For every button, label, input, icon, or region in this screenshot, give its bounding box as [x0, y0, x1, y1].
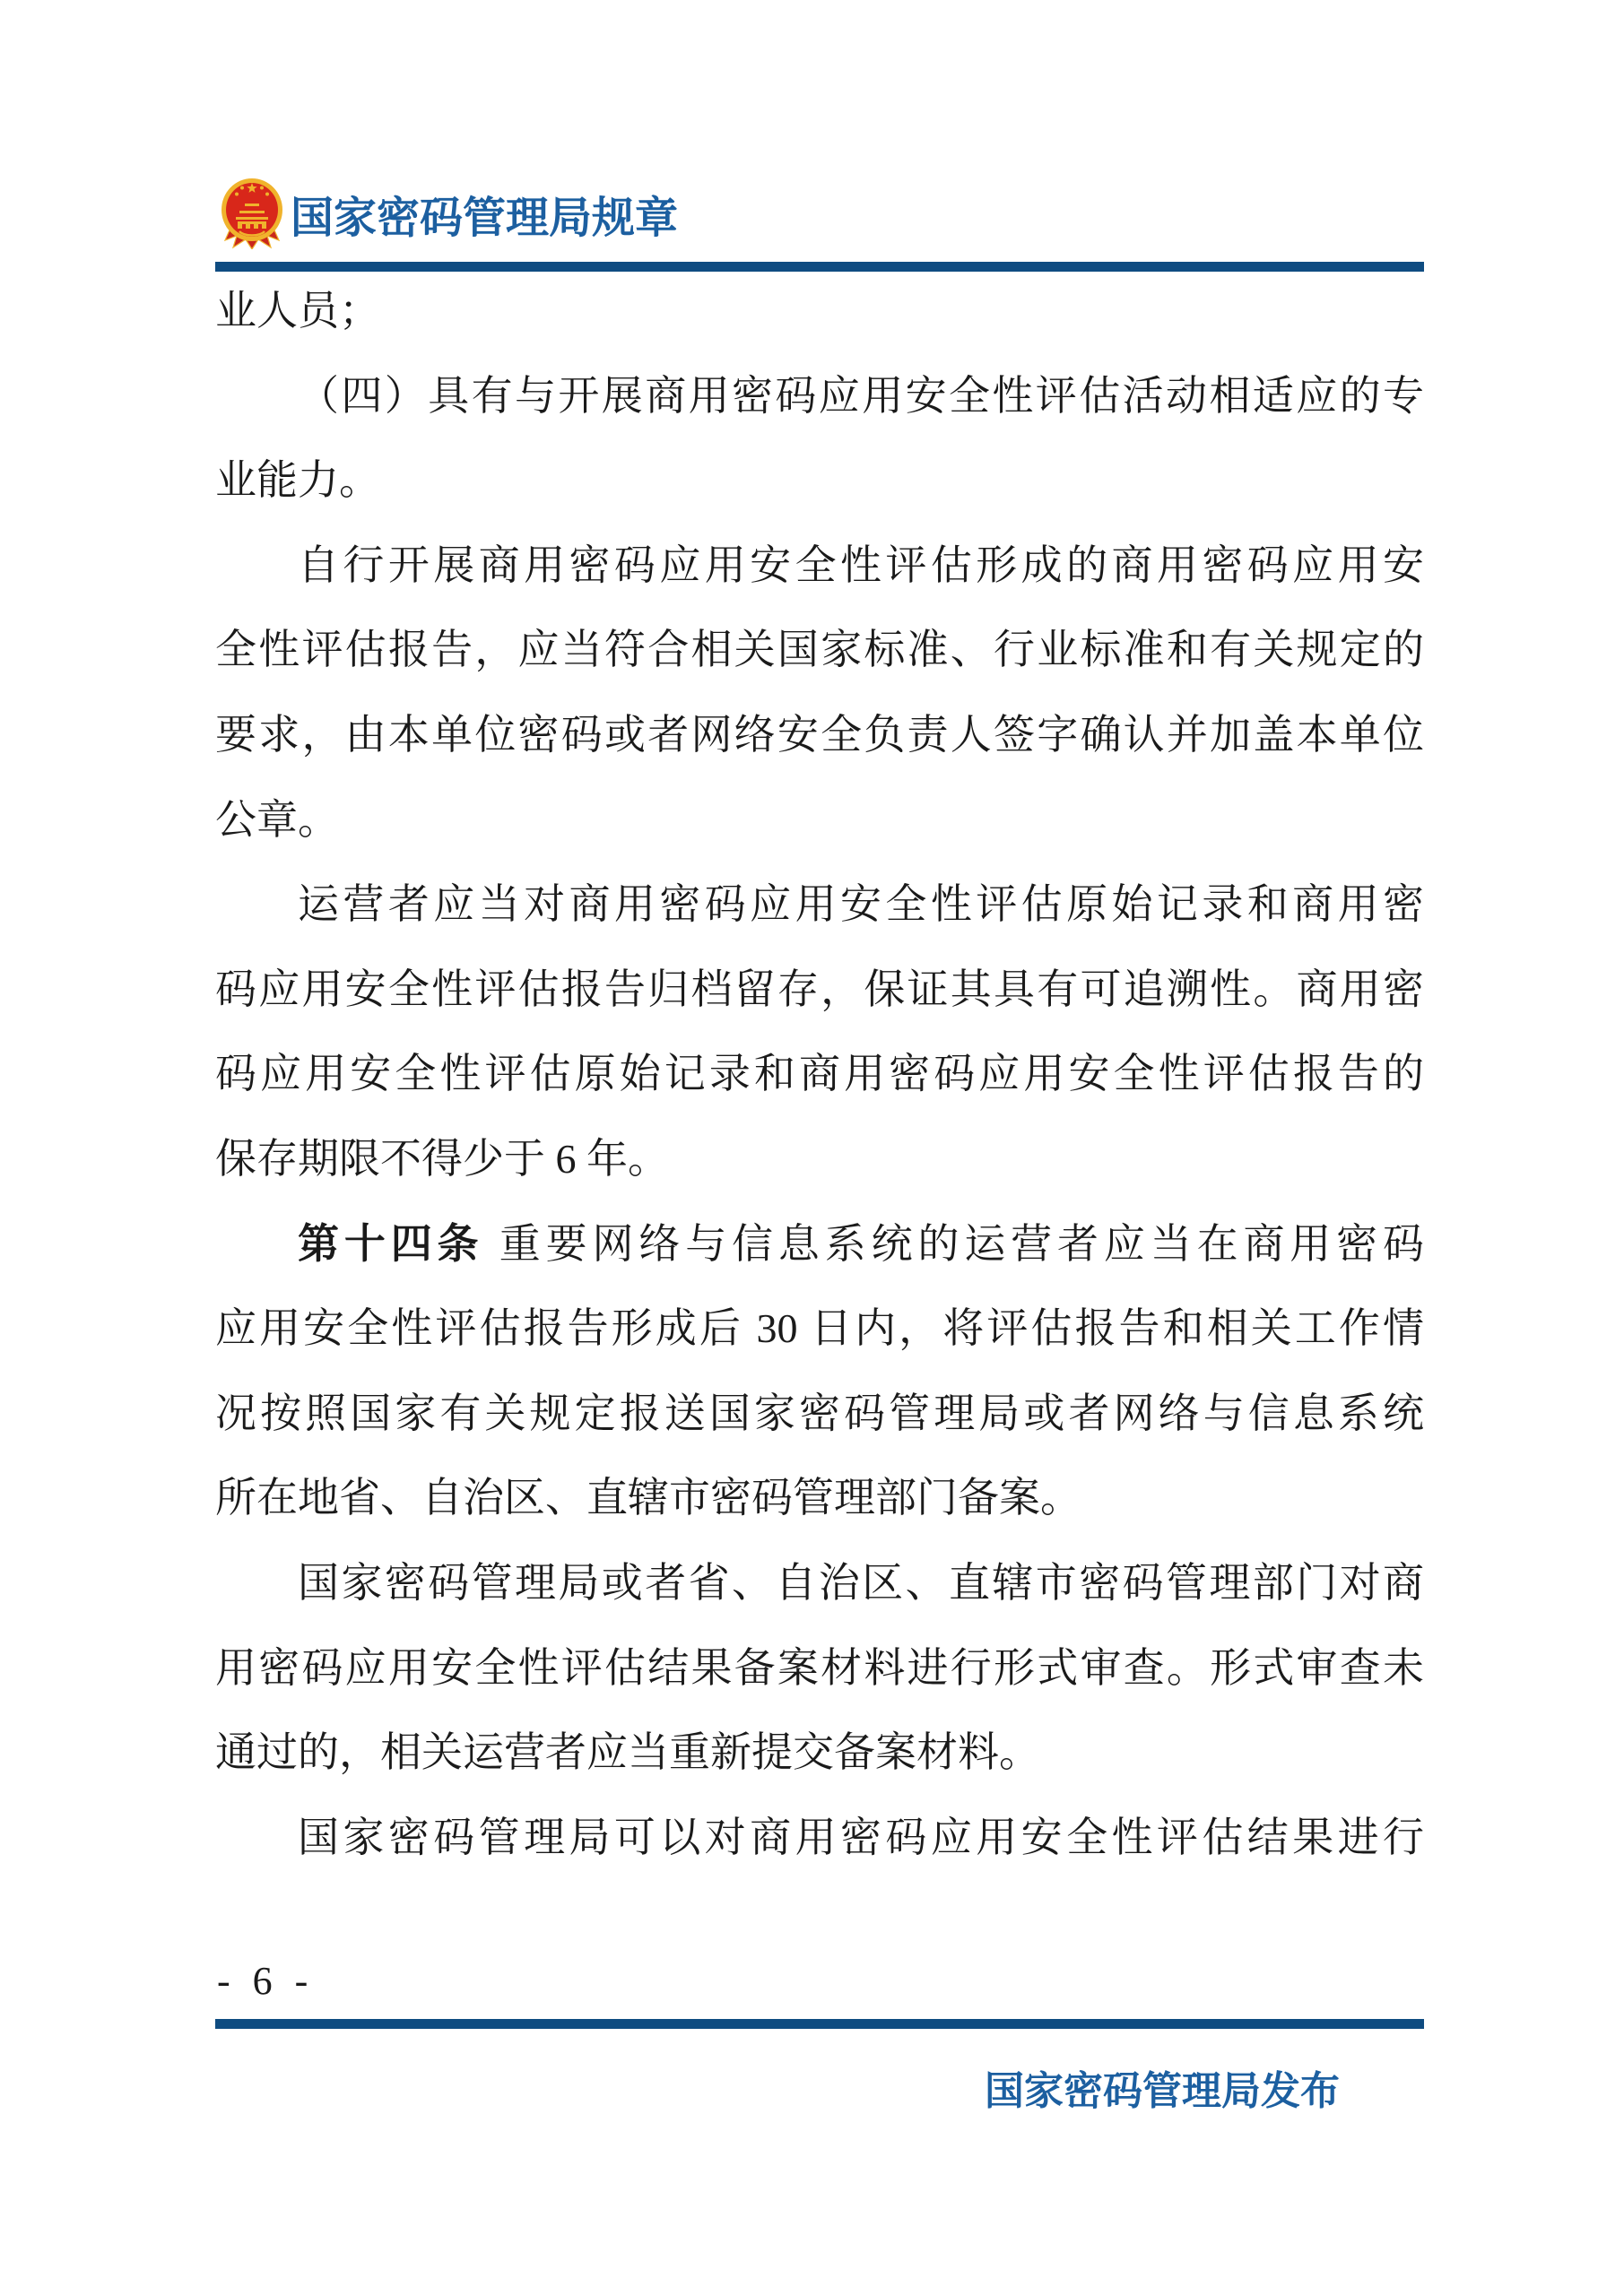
body-line: 业人员；	[215, 269, 1424, 354]
document-page: 国家密码管理局规章 业人员； （四）具有与开展商用密码应用安全性评估活动相适应的…	[0, 0, 1624, 2296]
header-title: 国家密码管理局规章	[291, 183, 678, 245]
national-emblem-icon	[220, 178, 284, 249]
body-line: 公章。	[215, 778, 1424, 863]
body-line: 所在地省、自治区、直辖市密码管理部门备案。	[215, 1456, 1424, 1541]
body-line: 业能力。	[215, 438, 1424, 524]
body-line: 况按照国家有关规定报送国家密码管理局或者网络与信息系统	[215, 1372, 1424, 1457]
article-number: 第十四条	[298, 1221, 483, 1267]
body-line-text: 重要网络与信息系统的运营者应当在商用密码	[483, 1221, 1424, 1267]
document-body: 业人员； （四）具有与开展商用密码应用安全性评估活动相适应的专 业能力。 自行开…	[215, 269, 1424, 1880]
body-line: （四）具有与开展商用密码应用安全性评估活动相适应的专	[215, 354, 1424, 439]
publisher-label: 国家密码管理局发布	[985, 2058, 1340, 2116]
body-line: 应用安全性评估报告形成后 30 日内，将评估报告和相关工作情	[215, 1287, 1424, 1372]
body-line: 码应用安全性评估报告归档留存，保证其具有可追溯性。商用密	[215, 948, 1424, 1033]
body-line: 自行开展商用密码应用安全性评估形成的商用密码应用安	[215, 524, 1424, 609]
body-line: 国家密码管理局或者省、自治区、直辖市密码管理部门对商	[215, 1541, 1424, 1626]
footer-rule	[215, 2019, 1424, 2029]
document-header: 国家密码管理局规章	[220, 177, 678, 250]
body-line: 国家密码管理局可以对商用密码应用安全性评估结果进行	[215, 1796, 1424, 1881]
body-line: 码应用安全性评估原始记录和商用密码应用安全性评估报告的	[215, 1032, 1424, 1117]
body-line: 通过的，相关运营者应当重新提交备案材料。	[215, 1711, 1424, 1796]
body-line: 运营者应当对商用密码应用安全性评估原始记录和商用密	[215, 862, 1424, 948]
body-line: 全性评估报告，应当符合相关国家标准、行业标准和有关规定的	[215, 608, 1424, 693]
body-line: 保存期限不得少于 6 年。	[215, 1117, 1424, 1202]
body-line: 要求，由本单位密码或者网络安全负责人签字确认并加盖本单位	[215, 693, 1424, 778]
body-line: 第十四条 重要网络与信息系统的运营者应当在商用密码	[215, 1202, 1424, 1287]
page-number: - 6 -	[217, 1958, 314, 2004]
body-line: 用密码应用安全性评估结果备案材料进行形式审查。形式审查未	[215, 1626, 1424, 1711]
